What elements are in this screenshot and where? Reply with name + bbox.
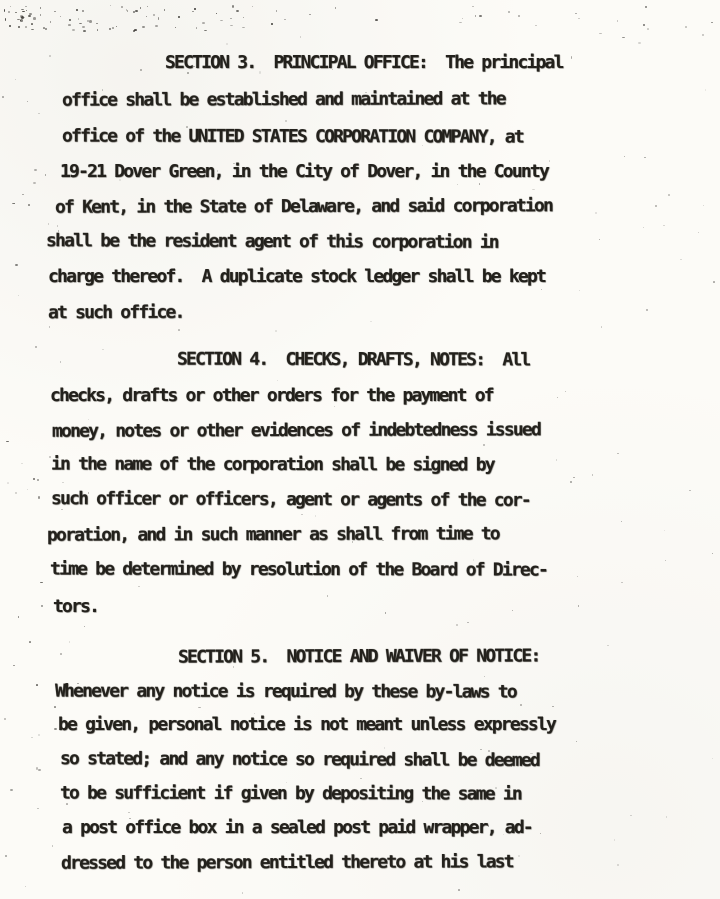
section-4-heading-line: SECTION 4. CHECKS, DRAFTS, NOTES: All	[177, 350, 529, 371]
text-line: time be determined by resolution of the …	[50, 559, 547, 580]
text-line: in the name of the corporation shall be …	[51, 455, 494, 476]
text-line: checks, drafts or other orders for the p…	[50, 386, 493, 406]
text-line: poration, and in such manner as shall fr…	[47, 524, 499, 545]
text-line: office shall be established and maintain…	[62, 89, 505, 110]
text-line: money, notes or other evidences of indeb…	[52, 420, 540, 442]
text-line: Whenever any notice is required by these…	[55, 682, 516, 703]
text-line: charge thereof. A duplicate stock ledger…	[48, 267, 545, 287]
text-line: of Kent, in the State of Delaware, and s…	[55, 196, 552, 218]
text-line: a post office box in a sealed post paid …	[62, 818, 532, 838]
text-line: tors.	[53, 597, 98, 617]
text-line: shall be the resident agent of this corp…	[46, 231, 498, 253]
document-page: SECTION 3. PRINCIPAL OFFICE: The princip…	[0, 0, 720, 899]
section-3-heading-line: SECTION 3. PRINCIPAL OFFICE: The princip…	[165, 53, 563, 73]
text-line: at such office.	[48, 303, 184, 323]
text-line: to be sufficient if given by depositing …	[60, 784, 521, 805]
section-5-heading-line: SECTION 5. NOTICE AND WAIVER OF NOTICE:	[178, 646, 540, 667]
text-line: office of the UNITED STATES CORPORATION …	[62, 127, 523, 148]
text-line: so stated; and any notice so required sh…	[60, 749, 539, 771]
text-line: 19-21 Dover Green, in the City of Dover,…	[60, 162, 548, 182]
text-line: such officer or officers, agent or agent…	[51, 489, 530, 511]
text-line: be given, personal notice is not meant u…	[58, 715, 555, 735]
text-line: dressed to the person entitled thereto a…	[61, 852, 513, 873]
